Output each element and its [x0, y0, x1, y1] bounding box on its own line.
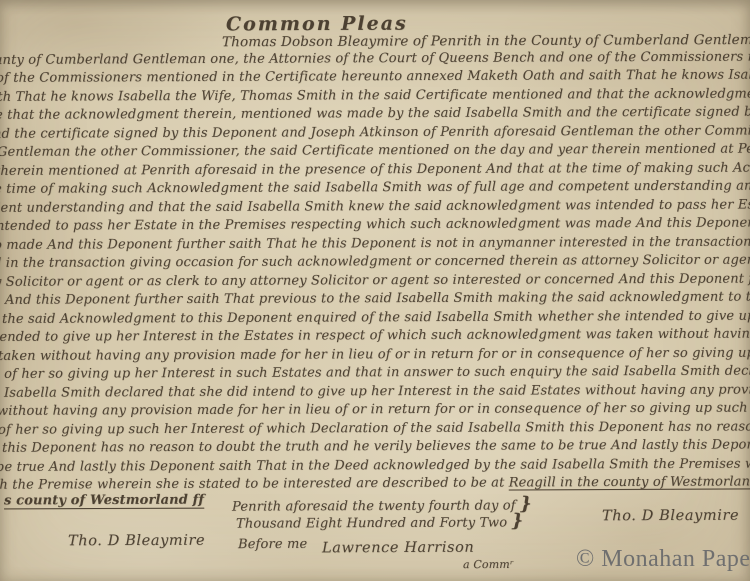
- document-line: without having any provision made for he…: [0, 400, 750, 419]
- document-line: therein mentioned at Penrith aforesaid i…: [0, 160, 750, 179]
- before-me-label: Before me: [238, 537, 307, 552]
- document-line-described: th the Premise wherein she is stated to …: [0, 474, 750, 492]
- document-line: unty of Cumberland Gentleman one, the At…: [0, 49, 750, 68]
- described-line-text: th the Premise wherein she is stated to …: [0, 475, 509, 492]
- jurat-county-line: s county of Westmorland ff: [4, 493, 204, 509]
- document-line: Gentleman the other Commissioner, the sa…: [0, 141, 750, 160]
- signature-deponent-left: Tho. D Bleaymire: [68, 533, 205, 550]
- document-line: dent understanding and that the said Isa…: [0, 197, 750, 216]
- document-scan: Common Pleas Thomas Dobson Bleaymire of …: [0, 0, 750, 581]
- document-line: o made And this Deponent further saith T…: [0, 234, 750, 253]
- jurat-brace: }: [511, 510, 523, 531]
- document-line: Isabella Smith declared that she did int…: [4, 382, 750, 401]
- document-line: ntended to pass her Estate in the Premis…: [0, 215, 750, 234]
- signature-commissioner: Lawrence Harrison: [322, 540, 474, 557]
- document-line: of the Commissioners mentioned in the Ce…: [0, 67, 750, 86]
- jurat-date-line: Thousand Eight Hundred and Forty Two }: [236, 510, 523, 532]
- document-line: e time of making such Acknowledgment the…: [0, 178, 750, 197]
- document-line: taken without having any provision made …: [0, 345, 750, 364]
- watermark-monahan-papers: © Monahan Papers: [576, 546, 750, 573]
- described-line-underlined: Reagill in the county of Westmorland ff: [509, 474, 750, 490]
- commissioner-title: a Commʳ: [463, 558, 514, 571]
- document-line: d in the transaction giving occasion for…: [0, 252, 750, 271]
- document-title: Common Pleas: [226, 13, 408, 36]
- document-line: of her so giving up such her Interest of…: [0, 419, 750, 437]
- jurat-date-text: Thousand Eight Hundred and Forty Two: [236, 515, 507, 531]
- document-line: And this Deponent further saith That pre…: [5, 289, 750, 308]
- document-line: nd the certificate signed by this Depone…: [0, 123, 750, 142]
- document-line: be true And lastly this Deponent saith T…: [0, 456, 750, 475]
- document-line: e that the acknowledgment therein, menti…: [0, 104, 750, 123]
- document-opening-line: Thomas Dobson Bleaymire of Penrith in th…: [222, 32, 750, 51]
- document-line: s of her so giving up her Interest in su…: [0, 363, 750, 382]
- signature-deponent-right: Tho. D Bleaymire: [602, 508, 739, 525]
- document-line: the said Acknowledgment to this Deponent…: [2, 308, 750, 327]
- document-line: this Deponent has no reason to doubt the…: [2, 437, 750, 456]
- document-line: y Solicitor or agent or as clerk to any …: [0, 271, 750, 290]
- document-line: ith That he knows Isabella the Wife, Tho…: [0, 86, 750, 105]
- document-line: tended to give up her Interest in the Es…: [0, 326, 750, 345]
